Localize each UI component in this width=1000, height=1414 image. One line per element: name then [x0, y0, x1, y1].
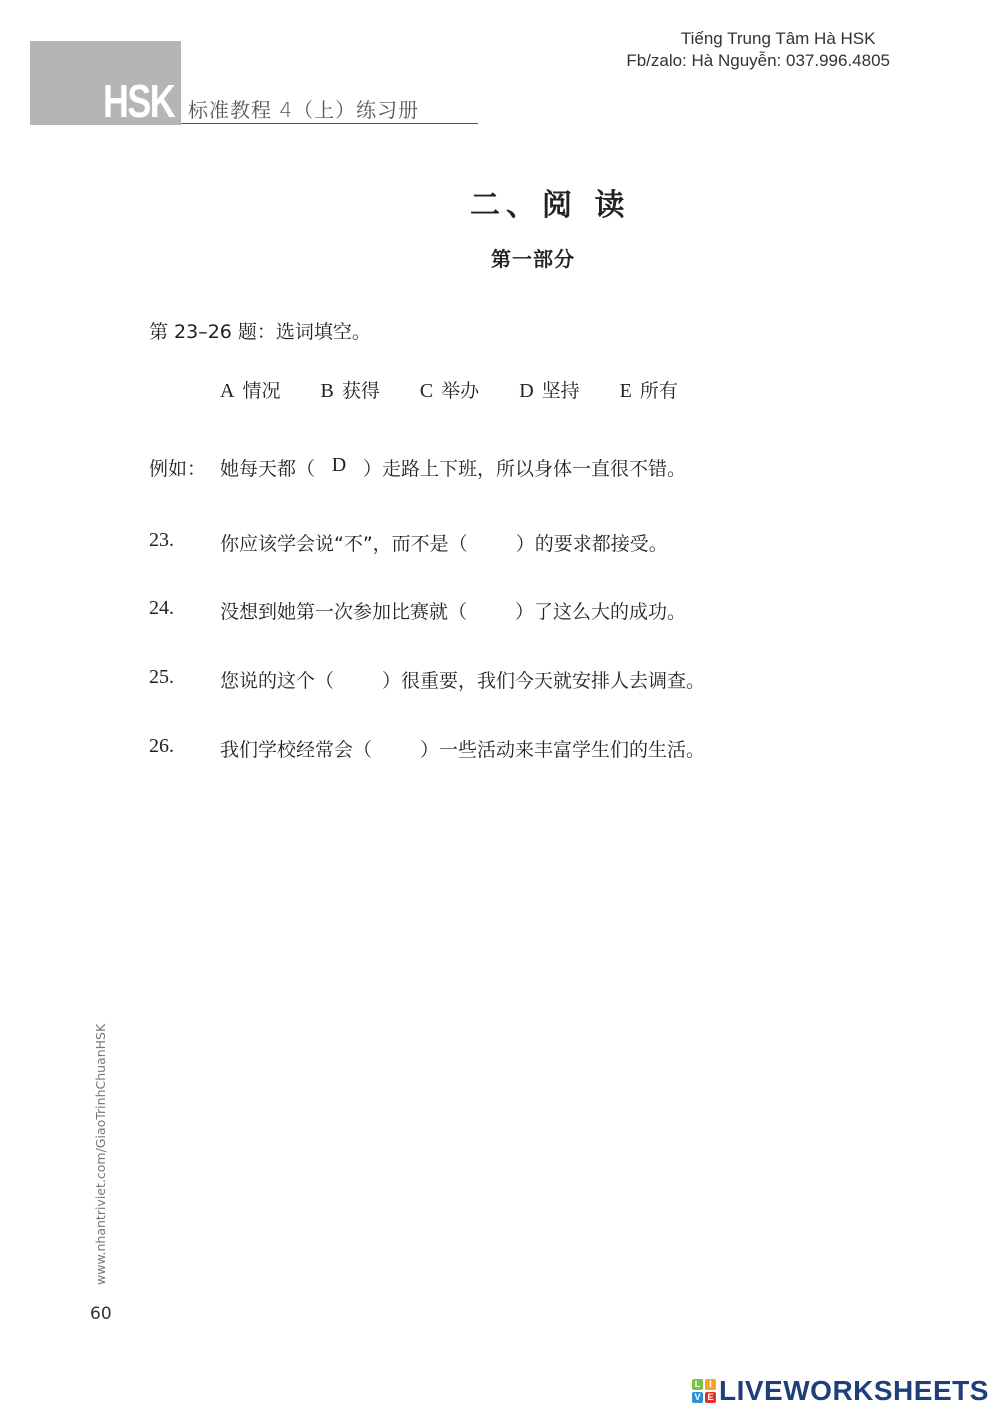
answer-blank-23[interactable]	[468, 529, 516, 556]
example-answer: D	[315, 454, 363, 481]
question-25: 25. 您说的这个（ ）很重要，我们今天就安排人去调查。	[149, 666, 705, 693]
hsk-logo-text: HSK	[103, 76, 174, 126]
question-24: 24. 没想到她第一次参加比赛就（ ）了这么大的成功。	[149, 597, 686, 624]
answer-blank-26[interactable]	[372, 735, 420, 762]
credit-line-1: Tiếng Trung Tâm Hà HSK	[666, 28, 890, 50]
instructions: 第 23–26 题：选词填空。	[149, 317, 371, 344]
part-title: 第一部分	[491, 243, 575, 272]
liveworksheets-wordmark: LIVEWORKSHEETS	[719, 1376, 989, 1406]
option-b: B获得	[320, 376, 379, 403]
question-23: 23. 你应该学会说“不”，而不是（ ）的要求都接受。	[149, 529, 668, 556]
option-c: C举办	[420, 376, 479, 403]
example-row: 例如： 她每天都（ D ）走路上下班，所以身体一直很不错。	[149, 454, 686, 481]
answer-blank-25[interactable]	[334, 666, 382, 693]
live-grid-icon: L I V E	[692, 1379, 716, 1403]
page-number: 60	[90, 1304, 112, 1324]
credit-line-2: Fb/zalo: Hà Nguyễn: 037.996.4805	[626, 50, 890, 72]
section-title: 二、阅 读	[470, 180, 630, 224]
option-d: D坚持	[519, 376, 579, 403]
word-options: A情况 B获得 C举办 D坚持 E所有	[220, 376, 718, 403]
credit-block: Tiếng Trung Tâm Hà HSK Fb/zalo: Hà Nguyễ…	[626, 28, 890, 72]
example-label: 例如：	[149, 454, 220, 481]
question-26: 26. 我们学校经常会（ ）一些活动来丰富学生们的生活。	[149, 735, 705, 762]
book-title: 标准教程 4（上）练习册	[188, 94, 419, 123]
option-e: E所有	[620, 376, 678, 403]
liveworksheets-logo: L I V E LIVEWORKSHEETS	[692, 1376, 989, 1406]
option-a: A情况	[220, 376, 280, 403]
side-url: www.nhantriviet.com/GiaoTrinhChuanHSK	[93, 1024, 108, 1285]
header-divider	[181, 123, 478, 124]
answer-blank-24[interactable]	[467, 597, 515, 624]
